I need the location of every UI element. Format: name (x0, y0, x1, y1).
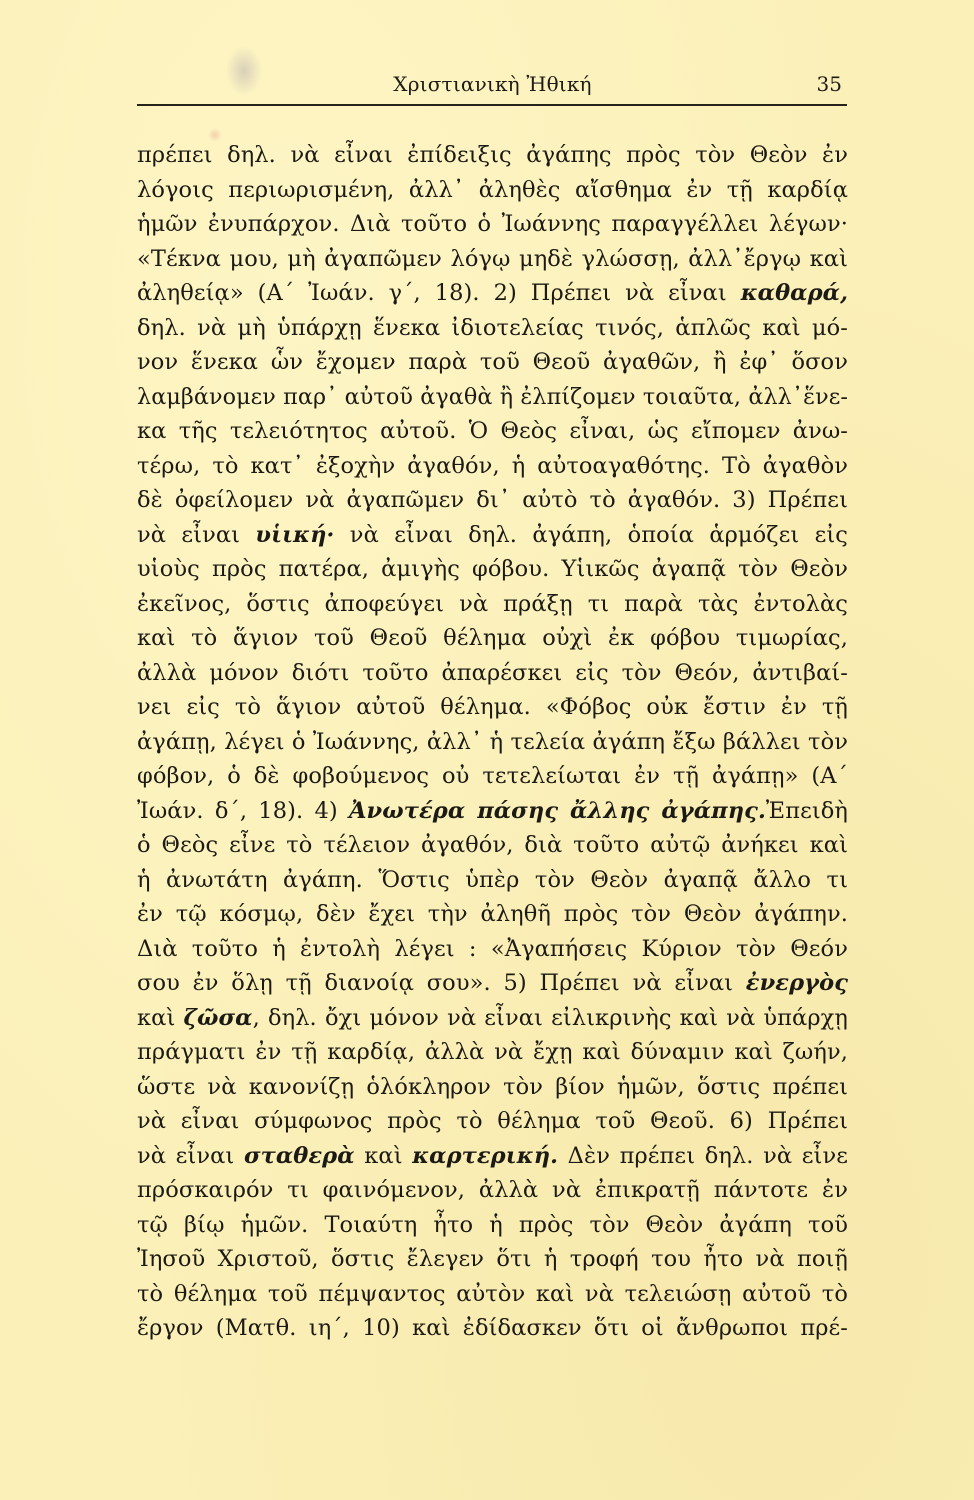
text-segment: φόβον, ὁ δὲ φοβούμενος οὐ τετελείωται ἐν… (137, 763, 848, 789)
text-line: ὥστε νὰ κανονίζῃ ὁλόκληρον τὸν βίον ἡμῶν… (137, 1070, 848, 1105)
text-segment: ἀλλὰ μόνον διότι τοῦτο ἀπαρέσκει εἰς τὸν… (137, 660, 848, 686)
text-line: πρόσκαιρόν τι φαινόμενον, ἀλλὰ νὰ ἐπικρα… (137, 1173, 848, 1208)
header-rule (137, 104, 847, 106)
text-segment: νὰ εἶναι (137, 1143, 244, 1169)
text-segment: ἔργον (Ματθ. ιη΄, 10) καὶ ἐδίδασκεν ὅτι … (137, 1315, 848, 1341)
text-segment: λαμβάνομεν παρ᾽ αὐτοῦ ἀγαθὰ ἢ ἐλπίζομεν … (137, 384, 848, 410)
book-page: Χριστιανικὴ Ἠθική 35 πρέπει δηλ. νὰ εἶνα… (0, 0, 974, 1500)
page-header: Χριστιανικὴ Ἠθική 35 (137, 66, 848, 102)
text-segment: Δὲν πρέπει δηλ. νὰ εἶνε (558, 1143, 848, 1169)
text-line: φόβον, ὁ δὲ φοβούμενος οὐ τετελείωται ἐν… (137, 759, 848, 794)
text-line: νὰ εἶναι υἱική· νὰ εἶναι δηλ. ἀγάπη, ὁπο… (137, 518, 848, 553)
text-segment: πρόσκαιρόν τι φαινόμενον, ἀλλὰ νὰ ἐπικρα… (137, 1177, 848, 1203)
text-line: δηλ. νὰ μὴ ὑπάρχῃ ἕνεκα ἰδιοτελείας τινό… (137, 311, 848, 346)
text-segment: καὶ τὸ ἅγιον τοῦ Θεοῦ θέλημα οὐχὶ ἐκ φόβ… (137, 625, 848, 651)
text-segment: ἡμῶν ἐνυπάρχον. Διὰ τοῦτο ὁ Ἰωάννης παρα… (137, 211, 848, 237)
emphasized-text: Ἀνωτέρα πάσης ἄλλης ἀγάπης. (349, 798, 766, 824)
text-segment: τέρω, τὸ κατ᾽ ἐξοχὴν ἀγαθόν, ἡ αὐτοαγαθό… (137, 453, 848, 479)
text-segment: ὁ Θεὸς εἶνε τὸ τέλειον ἀγαθόν, διὰ τοῦτο… (137, 832, 848, 858)
text-line: τῷ βίῳ ἡμῶν. Τοιαύτη ἦτο ἡ πρὸς τὸν Θεὸν… (137, 1208, 848, 1243)
text-line: λόγοις περιωρισμένη, ἀλλ᾽ ἀληθὲς αἴσθημα… (137, 173, 848, 208)
emphasized-text: καρτερική. (412, 1143, 558, 1169)
text-segment: καὶ (137, 1005, 184, 1031)
text-segment: λόγοις περιωρισμένη, ἀλλ᾽ ἀληθὲς αἴσθημα… (137, 177, 848, 203)
text-segment: καὶ (355, 1143, 413, 1169)
text-line: πράγματι ἐν τῇ καρδίᾳ, ἀλλὰ νὰ ἔχῃ καὶ δ… (137, 1035, 848, 1070)
running-title: Χριστιανικὴ Ἠθική (137, 72, 848, 96)
emphasized-text: υἱική· (255, 522, 334, 548)
text-segment: νει εἰς τὸ ἅγιον αὐτοῦ θέλημα. «Φόβος οὐ… (137, 694, 848, 720)
text-line: λαμβάνομεν παρ᾽ αὐτοῦ ἀγαθὰ ἢ ἐλπίζομεν … (137, 380, 848, 415)
text-segment: νὰ εἶναι σύμφωνος πρὸς τὸ θέλημα τοῦ Θεο… (137, 1108, 848, 1134)
text-line: νὰ εἶναι σύμφωνος πρὸς τὸ θέλημα τοῦ Θεο… (137, 1104, 848, 1139)
text-segment: νὰ εἶναι (137, 522, 255, 548)
text-line: νει εἰς τὸ ἅγιον αὐτοῦ θέλημα. «Φόβος οὐ… (137, 690, 848, 725)
text-segment: σου ἐν ὅλῃ τῇ διανοίᾳ σου». 5) Πρέπει νὰ… (137, 970, 746, 996)
text-line: σου ἐν ὅλῃ τῇ διανοίᾳ σου». 5) Πρέπει νὰ… (137, 966, 848, 1001)
text-line: ἐκεῖνος, ὅστις ἀποφεύγει νὰ πράξῃ τι παρ… (137, 587, 848, 622)
text-line: ἐν τῷ κόσμῳ, δὲν ἔχει τὴν ἀληθῆ πρὸς τὸν… (137, 897, 848, 932)
text-segment: δὲ ὀφείλομεν νὰ ἀγαπῶμεν δι᾽ αὐτὸ τὸ ἀγα… (137, 487, 848, 513)
body-text: πρέπει δηλ. νὰ εἶναι ἐπίδειξις ἀγάπης πρ… (137, 138, 848, 1346)
text-segment: ἀληθείᾳ» (Α΄ Ἰωάν. γ΄, 18). 2) Πρέπει νὰ… (137, 280, 741, 306)
text-segment: Ἰωάν. δ΄, 18). 4) (137, 798, 349, 824)
text-segment: κα τῆς τελειότητος αὐτοῦ. Ὁ Θεὸς εἶναι, … (137, 418, 848, 444)
text-line: τέρω, τὸ κατ᾽ ἐξοχὴν ἀγαθόν, ἡ αὐτοαγαθό… (137, 449, 848, 484)
text-line: νον ἕνεκα ὧν ἔχομεν παρὰ τοῦ Θεοῦ ἀγαθῶν… (137, 345, 848, 380)
text-line: Ἰωάν. δ΄, 18). 4) Ἀνωτέρα πάσης ἄλλης ἀγ… (137, 794, 848, 829)
text-segment: τὸ θέλημα τοῦ πέμψαντος αὐτὸν καὶ νὰ τελ… (137, 1281, 848, 1307)
text-line: πρέπει δηλ. νὰ εἶναι ἐπίδειξις ἀγάπης πρ… (137, 138, 848, 173)
text-segment: «Τέκνα μου, μὴ ἀγαπῶμεν λόγῳ μηδὲ γλώσσῃ… (137, 246, 848, 272)
text-segment: υἱοὺς πρὸς πατέρα, ἀμιγὴς φόβου. Υἱικῶς … (137, 556, 848, 582)
text-line: ἔργον (Ματθ. ιη΄, 10) καὶ ἐδίδασκεν ὅτι … (137, 1311, 848, 1346)
text-line: Ἰησοῦ Χριστοῦ, ὅστις ἔλεγεν ὅτι ἡ τροφή … (137, 1242, 848, 1277)
text-segment: Ἰησοῦ Χριστοῦ, ὅστις ἔλεγεν ὅτι ἡ τροφή … (137, 1246, 848, 1272)
text-segment: ὥστε νὰ κανονίζῃ ὁλόκληρον τὸν βίον ἡμῶν… (137, 1074, 848, 1100)
text-line: καὶ τὸ ἅγιον τοῦ Θεοῦ θέλημα οὐχὶ ἐκ φόβ… (137, 621, 848, 656)
text-segment: δηλ. νὰ μὴ ὑπάρχῃ ἕνεκα ἰδιοτελείας τινό… (137, 315, 848, 341)
text-segment: πράγματι ἐν τῇ καρδίᾳ, ἀλλὰ νὰ ἔχῃ καὶ δ… (137, 1039, 848, 1065)
emphasized-text: ἐνεργὸς (746, 970, 848, 996)
text-segment: Διὰ τοῦτο ἡ ἐντολὴ λέγει : «Ἀγαπήσεις Κύ… (137, 936, 848, 962)
text-segment: ἡ ἀνωτάτη ἀγάπη. Ὅστις ὑπὲρ τὸν Θεὸν ἀγα… (137, 867, 848, 893)
text-line: ἀληθείᾳ» (Α΄ Ἰωάν. γ΄, 18). 2) Πρέπει νὰ… (137, 276, 848, 311)
text-segment: νὰ εἶναι δηλ. ἀγάπη, ὁποία ἁρμόζει εἰς (334, 522, 848, 548)
emphasized-text: ζῶσα (184, 1005, 253, 1031)
text-segment: τῷ βίῳ ἡμῶν. Τοιαύτη ἦτο ἡ πρὸς τὸν Θεὸν… (137, 1212, 848, 1238)
emphasized-text: σταθερὰ (244, 1143, 355, 1169)
text-segment: πρέπει δηλ. νὰ εἶναι ἐπίδειξις ἀγάπης πρ… (137, 142, 848, 168)
text-segment: Ἐπειδὴ (766, 798, 848, 824)
text-line: ἡ ἀνωτάτη ἀγάπη. Ὅστις ὑπὲρ τὸν Θεὸν ἀγα… (137, 863, 848, 898)
text-line: ἀγάπῃ, λέγει ὁ Ἰωάννης, ἀλλ᾽ ἡ τελεία ἀγ… (137, 725, 848, 760)
page-number: 35 (817, 72, 842, 96)
text-line: δὲ ὀφείλομεν νὰ ἀγαπῶμεν δι᾽ αὐτὸ τὸ ἀγα… (137, 483, 848, 518)
text-segment: νον ἕνεκα ὧν ἔχομεν παρὰ τοῦ Θεοῦ ἀγαθῶν… (137, 349, 848, 375)
text-segment: ἀγάπῃ, λέγει ὁ Ἰωάννης, ἀλλ᾽ ἡ τελεία ἀγ… (137, 729, 848, 755)
emphasized-text: καθαρά, (741, 280, 848, 306)
text-line: ἀλλὰ μόνον διότι τοῦτο ἀπαρέσκει εἰς τὸν… (137, 656, 848, 691)
text-segment: , δηλ. ὄχι μόνον νὰ εἶναι εἰλικρινὴς καὶ… (253, 1005, 848, 1031)
text-line: υἱοὺς πρὸς πατέρα, ἀμιγὴς φόβου. Υἱικῶς … (137, 552, 848, 587)
text-segment: ἐκεῖνος, ὅστις ἀποφεύγει νὰ πράξῃ τι παρ… (137, 591, 848, 617)
text-line: κα τῆς τελειότητος αὐτοῦ. Ὁ Θεὸς εἶναι, … (137, 414, 848, 449)
text-line: «Τέκνα μου, μὴ ἀγαπῶμεν λόγῳ μηδὲ γλώσσῃ… (137, 242, 848, 277)
text-line: Διὰ τοῦτο ἡ ἐντολὴ λέγει : «Ἀγαπήσεις Κύ… (137, 932, 848, 967)
text-line: καὶ ζῶσα, δηλ. ὄχι μόνον νὰ εἶναι εἰλικρ… (137, 1001, 848, 1036)
text-line: ἡμῶν ἐνυπάρχον. Διὰ τοῦτο ὁ Ἰωάννης παρα… (137, 207, 848, 242)
text-segment: ἐν τῷ κόσμῳ, δὲν ἔχει τὴν ἀληθῆ πρὸς τὸν… (137, 901, 848, 927)
text-line: νὰ εἶναι σταθερὰ καὶ καρτερική. Δὲν πρέπ… (137, 1139, 848, 1174)
text-line: τὸ θέλημα τοῦ πέμψαντος αὐτὸν καὶ νὰ τελ… (137, 1277, 848, 1312)
text-line: ὁ Θεὸς εἶνε τὸ τέλειον ἀγαθόν, διὰ τοῦτο… (137, 828, 848, 863)
